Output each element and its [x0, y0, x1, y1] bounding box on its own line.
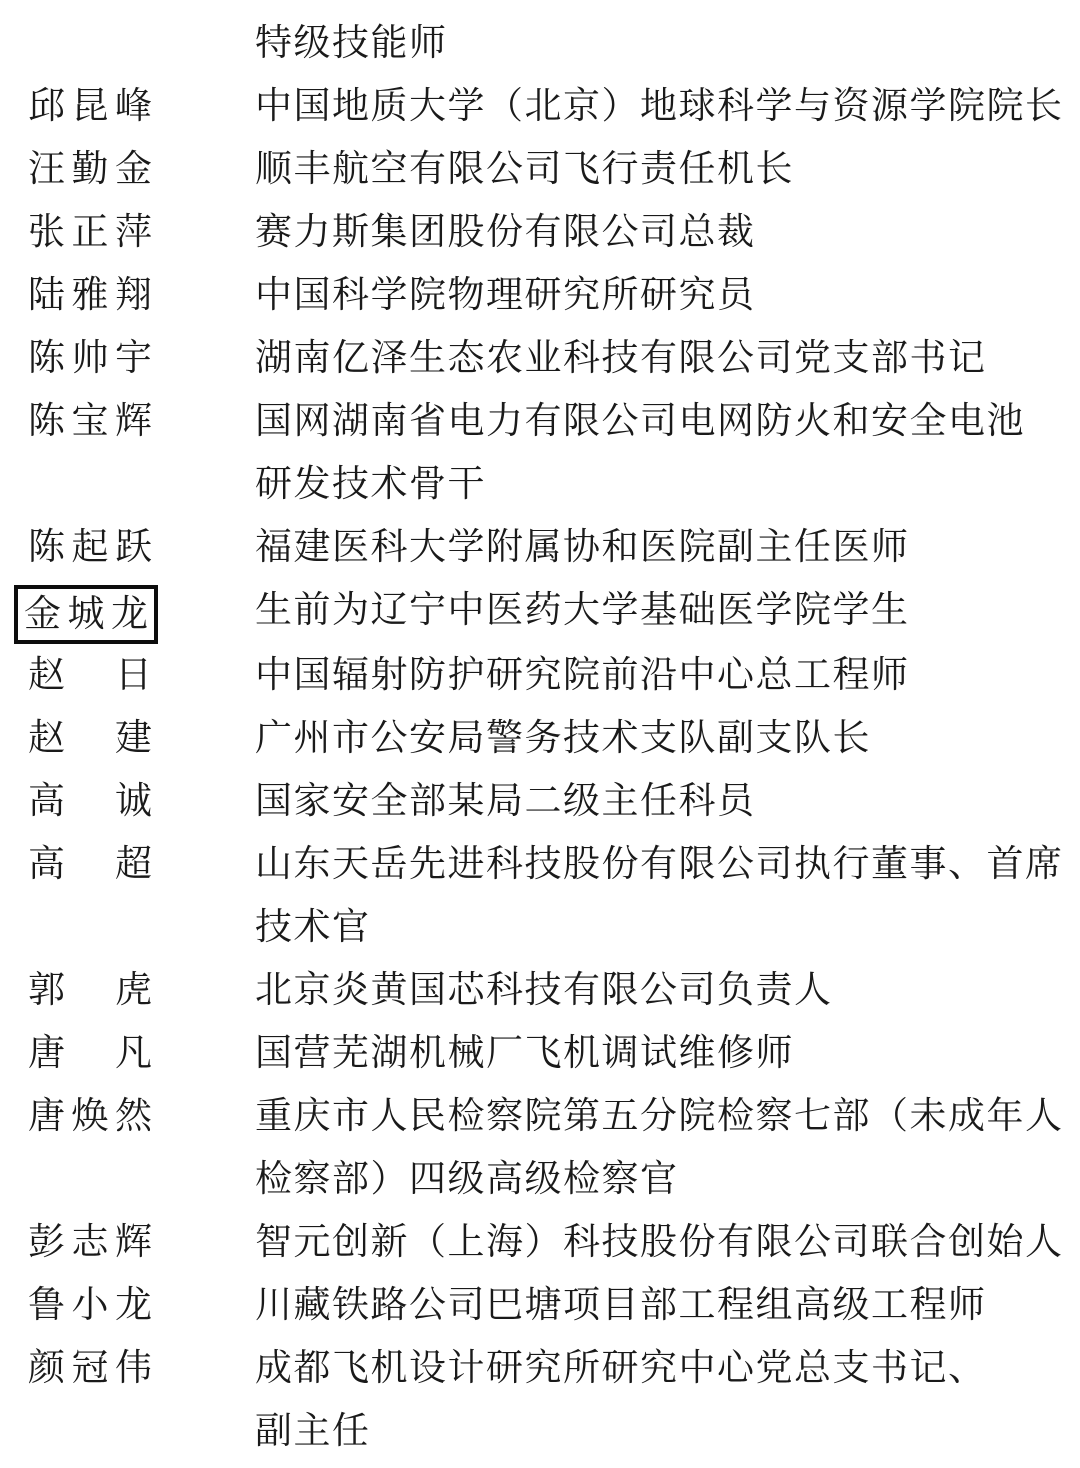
roster-row: 陈起跃福建医科大学附属协和医院副主任医师 — [0, 516, 1080, 579]
name-column-slot: 邱昆峰 — [0, 75, 255, 138]
position-description: 特级技能师 — [255, 12, 1080, 75]
name-column-slot: 颜冠伟 — [0, 1337, 255, 1400]
person-name: 陈帅宇 — [28, 327, 152, 390]
position-description: 川藏铁路公司巴塘项目部工程组高级工程师 — [255, 1274, 1080, 1337]
position-description: 中国地质大学（北京）地球科学与资源学院院长 — [255, 75, 1080, 138]
name-column-slot: 汪勤金 — [0, 138, 255, 201]
position-line: 中国辐射防护研究院前沿中心总工程师 — [255, 644, 1080, 707]
position-line: 赛力斯集团股份有限公司总裁 — [255, 201, 1080, 264]
position-line: 福建医科大学附属协和医院副主任医师 — [255, 516, 1080, 579]
position-description: 顺丰航空有限公司飞行责任机长 — [255, 138, 1080, 201]
roster-row: 高诚国家安全部某局二级主任科员 — [0, 770, 1080, 833]
name-column-slot: 鲁小龙 — [0, 1274, 255, 1337]
position-line: 重庆市人民检察院第五分院检察七部（未成年人 — [255, 1085, 1080, 1148]
person-name: 唐焕然 — [28, 1085, 152, 1148]
person-name: 郭虎 — [28, 959, 152, 1022]
name-column-slot: 张正萍 — [0, 201, 255, 264]
position-description: 中国科学院物理研究所研究员 — [255, 264, 1080, 327]
person-name: 唐凡 — [28, 1022, 152, 1085]
roster-row: 唐焕然重庆市人民检察院第五分院检察七部（未成年人检察部）四级高级检察官 — [0, 1085, 1080, 1211]
position-description: 生前为辽宁中医药大学基础医学院学生 — [255, 579, 1080, 642]
person-name: 张正萍 — [28, 201, 152, 264]
position-description: 智元创新（上海）科技股份有限公司联合创始人 — [255, 1211, 1080, 1274]
roster-row: 唐凡国营芜湖机械厂飞机调试维修师 — [0, 1022, 1080, 1085]
name-column-slot: 唐凡 — [0, 1022, 255, 1085]
name-column-slot: 彭志辉 — [0, 1211, 255, 1274]
person-name-deceased-framed: 金城龙 — [14, 585, 158, 644]
roster-row: 张正萍赛力斯集团股份有限公司总裁 — [0, 201, 1080, 264]
position-line: 中国地质大学（北京）地球科学与资源学院院长 — [255, 75, 1080, 138]
position-description: 福建医科大学附属协和医院副主任医师 — [255, 516, 1080, 579]
person-name: 颜冠伟 — [28, 1337, 152, 1400]
position-line: 湖南亿泽生态农业科技有限公司党支部书记 — [255, 327, 1080, 390]
roster-row: 赵日中国辐射防护研究院前沿中心总工程师 — [0, 644, 1080, 707]
name-column-slot: 陈起跃 — [0, 516, 255, 579]
roster-row: 彭志辉智元创新（上海）科技股份有限公司联合创始人 — [0, 1211, 1080, 1274]
position-description: 国营芜湖机械厂飞机调试维修师 — [255, 1022, 1080, 1085]
roster-row: 高超山东天岳先进科技股份有限公司执行董事、首席技术官 — [0, 833, 1080, 959]
position-line: 北京炎黄国芯科技有限公司负责人 — [255, 959, 1080, 1022]
roster-row: 颜冠伟成都飞机设计研究所研究中心党总支书记、副主任 — [0, 1337, 1080, 1463]
name-column-slot: 郭虎 — [0, 959, 255, 1022]
name-column-slot: 赵日 — [0, 644, 255, 707]
position-line: 特级技能师 — [255, 12, 1080, 75]
name-column-slot: 高超 — [0, 833, 255, 896]
position-description: 北京炎黄国芯科技有限公司负责人 — [255, 959, 1080, 1022]
roster-list: 特级技能师邱昆峰中国地质大学（北京）地球科学与资源学院院长汪勤金顺丰航空有限公司… — [0, 12, 1080, 1463]
person-name: 陆雅翔 — [28, 264, 152, 327]
position-line: 成都飞机设计研究所研究中心党总支书记、 — [255, 1337, 1080, 1400]
person-name: 高诚 — [28, 770, 152, 833]
person-name: 彭志辉 — [28, 1211, 152, 1274]
position-line: 副主任 — [255, 1400, 1080, 1463]
position-description: 湖南亿泽生态农业科技有限公司党支部书记 — [255, 327, 1080, 390]
name-column-slot: 陆雅翔 — [0, 264, 255, 327]
person-name: 邱昆峰 — [28, 75, 152, 138]
roster-row: 金城龙生前为辽宁中医药大学基础医学院学生 — [0, 579, 1080, 644]
person-name: 赵日 — [28, 644, 152, 707]
position-line: 广州市公安局警务技术支队副支队长 — [255, 707, 1080, 770]
name-column-slot: 陈宝辉 — [0, 390, 255, 453]
person-name: 赵建 — [28, 707, 152, 770]
position-description: 重庆市人民检察院第五分院检察七部（未成年人检察部）四级高级检察官 — [255, 1085, 1080, 1211]
roster-row: 鲁小龙川藏铁路公司巴塘项目部工程组高级工程师 — [0, 1274, 1080, 1337]
roster-row: 陈帅宇湖南亿泽生态农业科技有限公司党支部书记 — [0, 327, 1080, 390]
name-column-slot: 赵建 — [0, 707, 255, 770]
position-line: 川藏铁路公司巴塘项目部工程组高级工程师 — [255, 1274, 1080, 1337]
position-line: 生前为辽宁中医药大学基础医学院学生 — [255, 579, 1080, 642]
name-column-slot: 金城龙 — [0, 579, 255, 644]
position-line: 智元创新（上海）科技股份有限公司联合创始人 — [255, 1211, 1080, 1274]
position-description: 成都飞机设计研究所研究中心党总支书记、副主任 — [255, 1337, 1080, 1463]
roster-row: 赵建广州市公安局警务技术支队副支队长 — [0, 707, 1080, 770]
position-description: 山东天岳先进科技股份有限公司执行董事、首席技术官 — [255, 833, 1080, 959]
position-description: 广州市公安局警务技术支队副支队长 — [255, 707, 1080, 770]
position-line: 技术官 — [255, 896, 1080, 959]
position-line: 顺丰航空有限公司飞行责任机长 — [255, 138, 1080, 201]
position-line: 国营芜湖机械厂飞机调试维修师 — [255, 1022, 1080, 1085]
name-column-slot: 陈帅宇 — [0, 327, 255, 390]
position-description: 国网湖南省电力有限公司电网防火和安全电池研发技术骨干 — [255, 390, 1080, 516]
person-name: 高超 — [28, 833, 152, 896]
roster-row: 邱昆峰中国地质大学（北京）地球科学与资源学院院长 — [0, 75, 1080, 138]
roster-row: 陆雅翔中国科学院物理研究所研究员 — [0, 264, 1080, 327]
person-name: 陈起跃 — [28, 516, 152, 579]
position-description: 赛力斯集团股份有限公司总裁 — [255, 201, 1080, 264]
position-description: 国家安全部某局二级主任科员 — [255, 770, 1080, 833]
position-line: 国家安全部某局二级主任科员 — [255, 770, 1080, 833]
position-line: 中国科学院物理研究所研究员 — [255, 264, 1080, 327]
roster-row: 陈宝辉国网湖南省电力有限公司电网防火和安全电池研发技术骨干 — [0, 390, 1080, 516]
name-column-slot: 唐焕然 — [0, 1085, 255, 1148]
person-name: 汪勤金 — [28, 138, 152, 201]
roster-row: 郭虎北京炎黄国芯科技有限公司负责人 — [0, 959, 1080, 1022]
roster-row: 特级技能师 — [0, 12, 1080, 75]
person-name: 鲁小龙 — [28, 1274, 152, 1337]
position-description: 中国辐射防护研究院前沿中心总工程师 — [255, 644, 1080, 707]
person-name: 陈宝辉 — [28, 390, 152, 453]
position-line: 国网湖南省电力有限公司电网防火和安全电池 — [255, 390, 1080, 453]
position-line: 检察部）四级高级检察官 — [255, 1148, 1080, 1211]
position-line: 山东天岳先进科技股份有限公司执行董事、首席 — [255, 833, 1080, 896]
roster-row: 汪勤金顺丰航空有限公司飞行责任机长 — [0, 138, 1080, 201]
roster-page: 特级技能师邱昆峰中国地质大学（北京）地球科学与资源学院院长汪勤金顺丰航空有限公司… — [0, 0, 1080, 1468]
name-column-slot: 高诚 — [0, 770, 255, 833]
name-column-slot — [0, 12, 255, 75]
position-line: 研发技术骨干 — [255, 453, 1080, 516]
